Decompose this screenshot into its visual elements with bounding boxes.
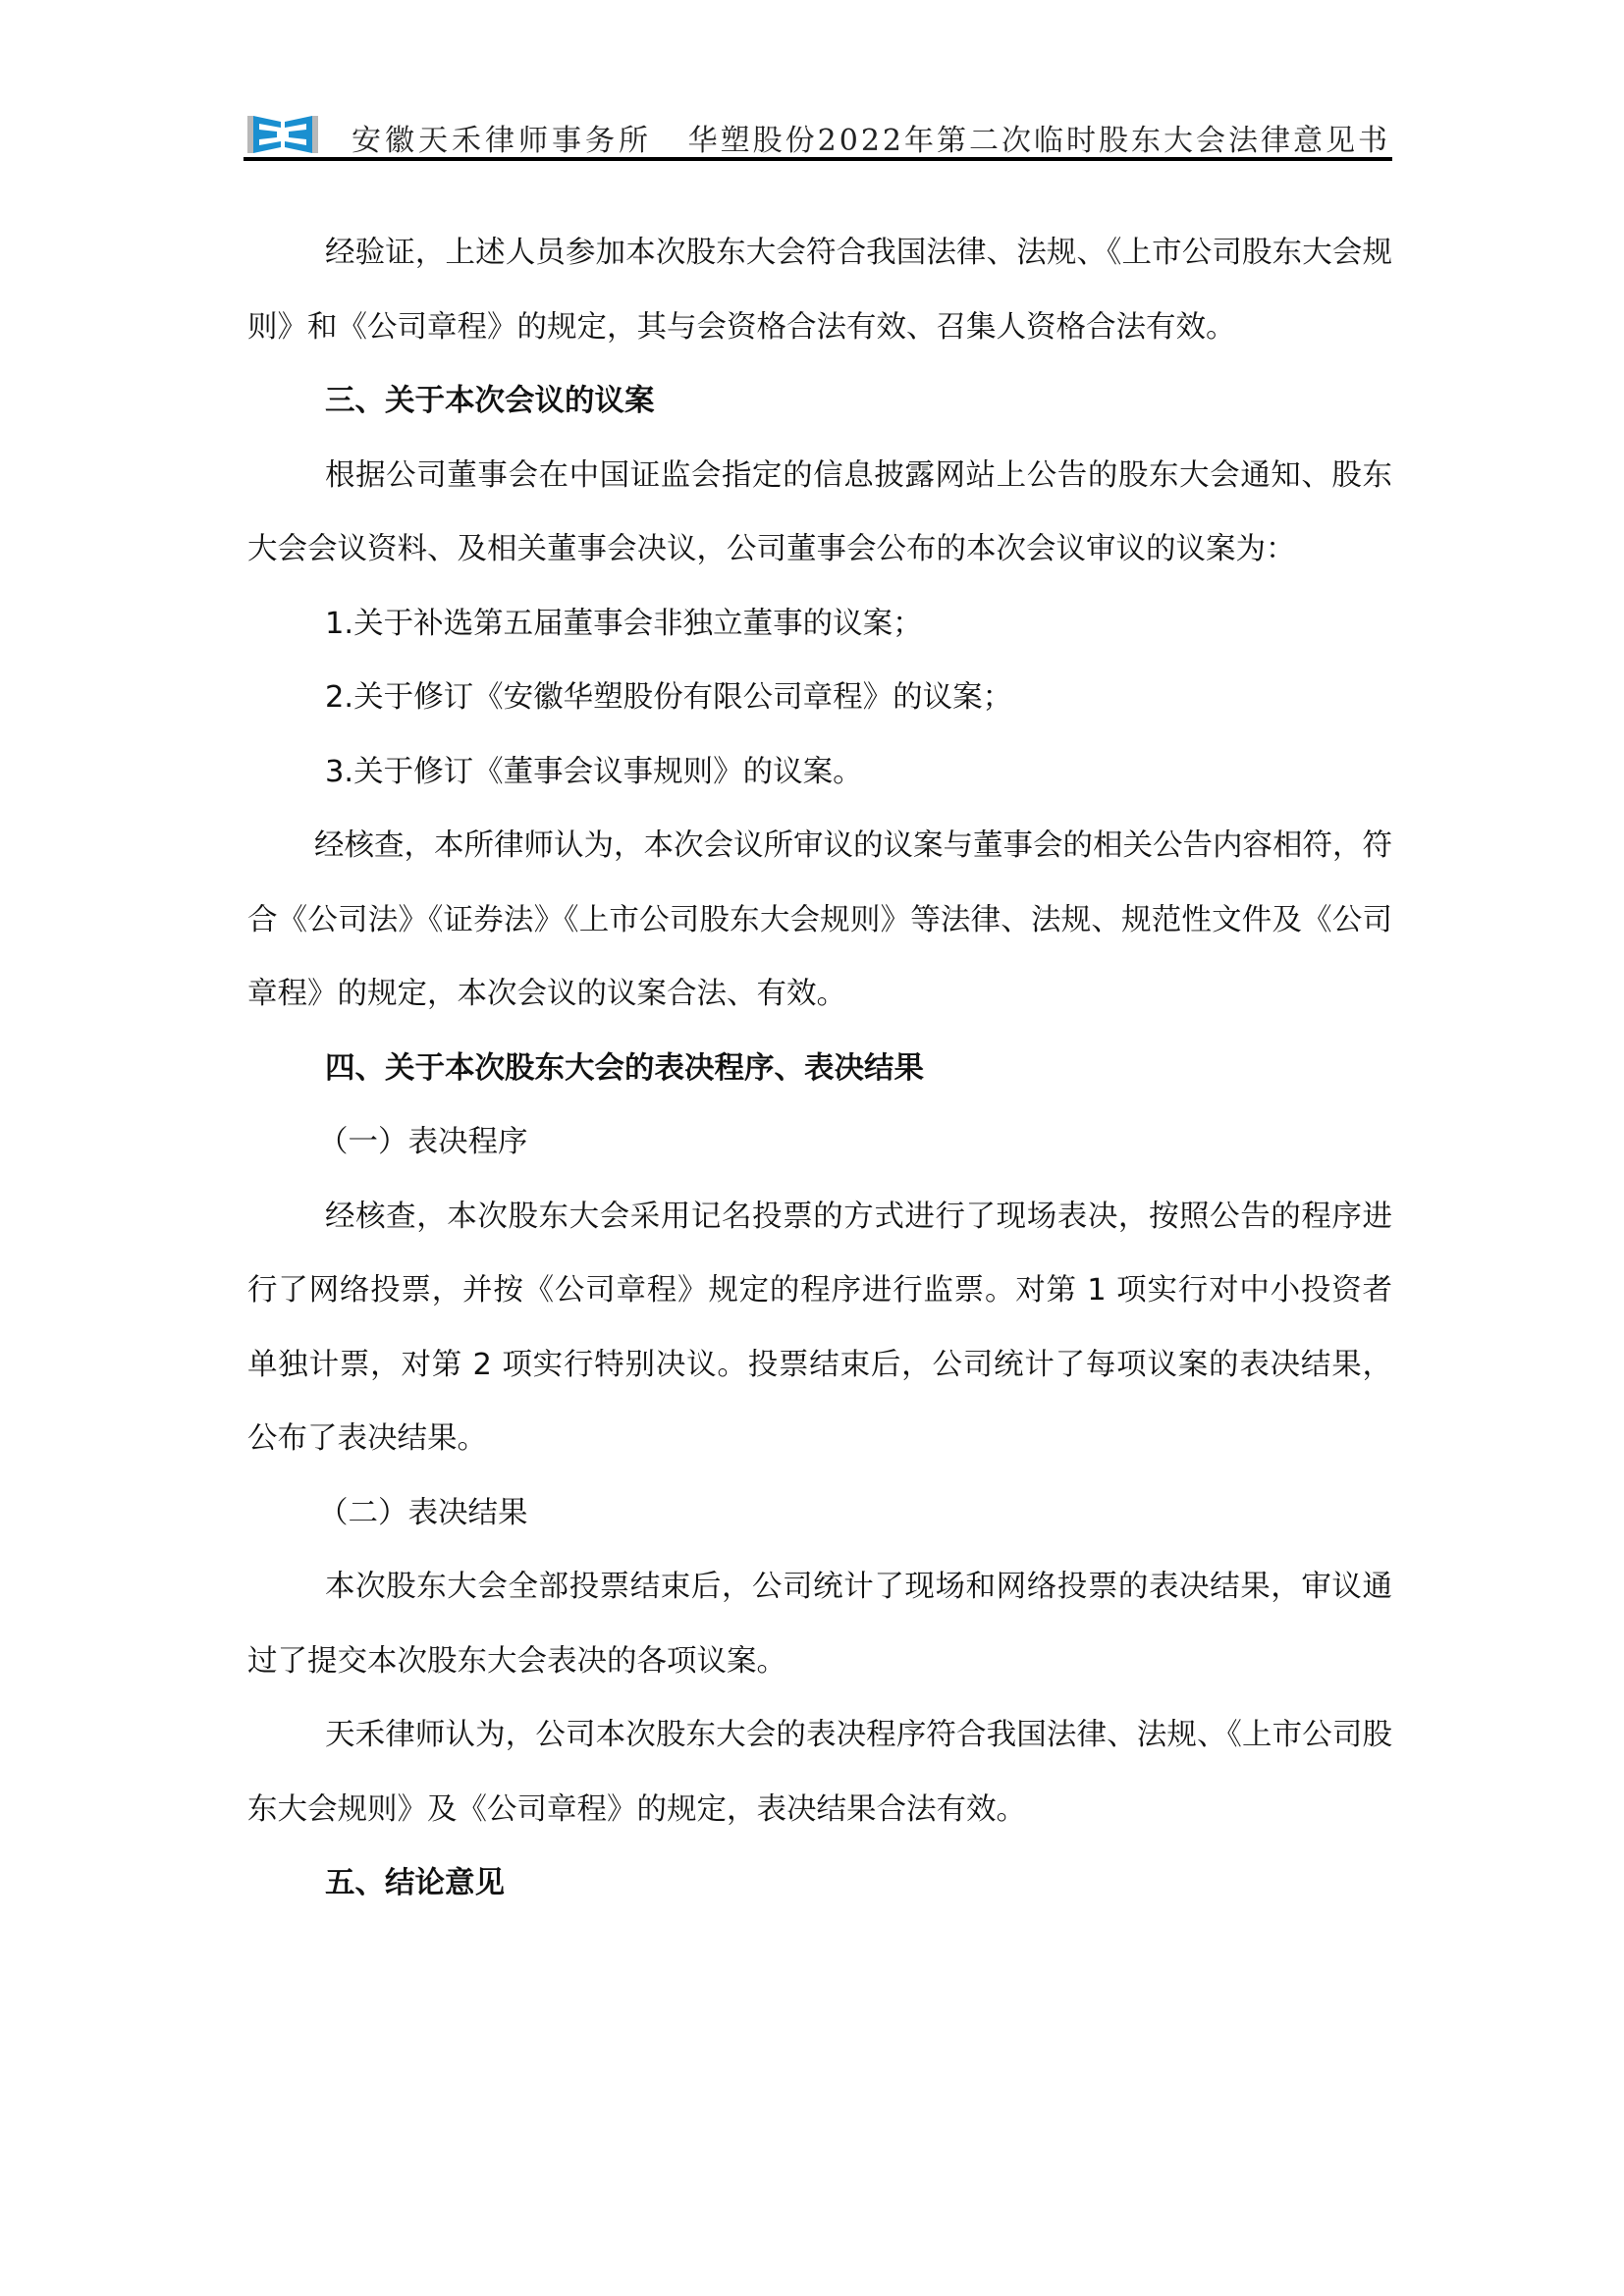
- paragraph: 经核查，本次股东大会采用记名投票的方式进行了现场表决，按照公告的程序进行了网络投…: [247, 1180, 1392, 1476]
- section-heading: 四、关于本次股东大会的表决程序、表决结果: [247, 1032, 1392, 1106]
- document-title: 华塑股份2022年第二次临时股东大会法律意见书: [688, 116, 1390, 159]
- page-header: 安徽天禾律师事务所 华塑股份2022年第二次临时股东大会法律意见书: [244, 110, 1392, 159]
- paragraph: 根据公司董事会在中国证监会指定的信息披露网站上公告的股东大会通知、股东大会会议资…: [247, 439, 1392, 587]
- proposal-item: 2.关于修订《安徽华塑股份有限公司章程》的议案；: [247, 661, 1392, 735]
- firm-name: 安徽天禾律师事务所: [352, 116, 652, 159]
- subsection-heading: （二）表决结果: [247, 1476, 1392, 1551]
- paragraph: 经验证，上述人员参加本次股东大会符合我国法律、法规、《上市公司股东大会规则》和《…: [247, 216, 1392, 364]
- proposal-item: 1.关于补选第五届董事会非独立董事的议案；: [247, 587, 1392, 662]
- paragraph: 本次股东大会全部投票结束后，公司统计了现场和网络投票的表决结果，审议通过了提交本…: [247, 1550, 1392, 1698]
- document-body: 经验证，上述人员参加本次股东大会符合我国法律、法规、《上市公司股东大会规则》和《…: [247, 216, 1392, 1921]
- subsection-heading: （一）表决程序: [247, 1105, 1392, 1180]
- section-heading: 五、结论意见: [247, 1846, 1392, 1921]
- paragraph: 天禾律师认为，公司本次股东大会的表决程序符合我国法律、法规、《上市公司股东大会规…: [247, 1698, 1392, 1846]
- law-firm-logo-icon: [247, 114, 318, 155]
- document-page: 安徽天禾律师事务所 华塑股份2022年第二次临时股东大会法律意见书 经验证，上述…: [0, 0, 1624, 2296]
- header-divider: [244, 157, 1392, 161]
- proposal-item: 3.关于修订《董事会议事规则》的议案。: [247, 735, 1392, 810]
- paragraph: 经核查，本所律师认为，本次会议所审议的议案与董事会的相关公告内容相符，符合《公司…: [247, 809, 1392, 1032]
- section-heading: 三、关于本次会议的议案: [247, 364, 1392, 439]
